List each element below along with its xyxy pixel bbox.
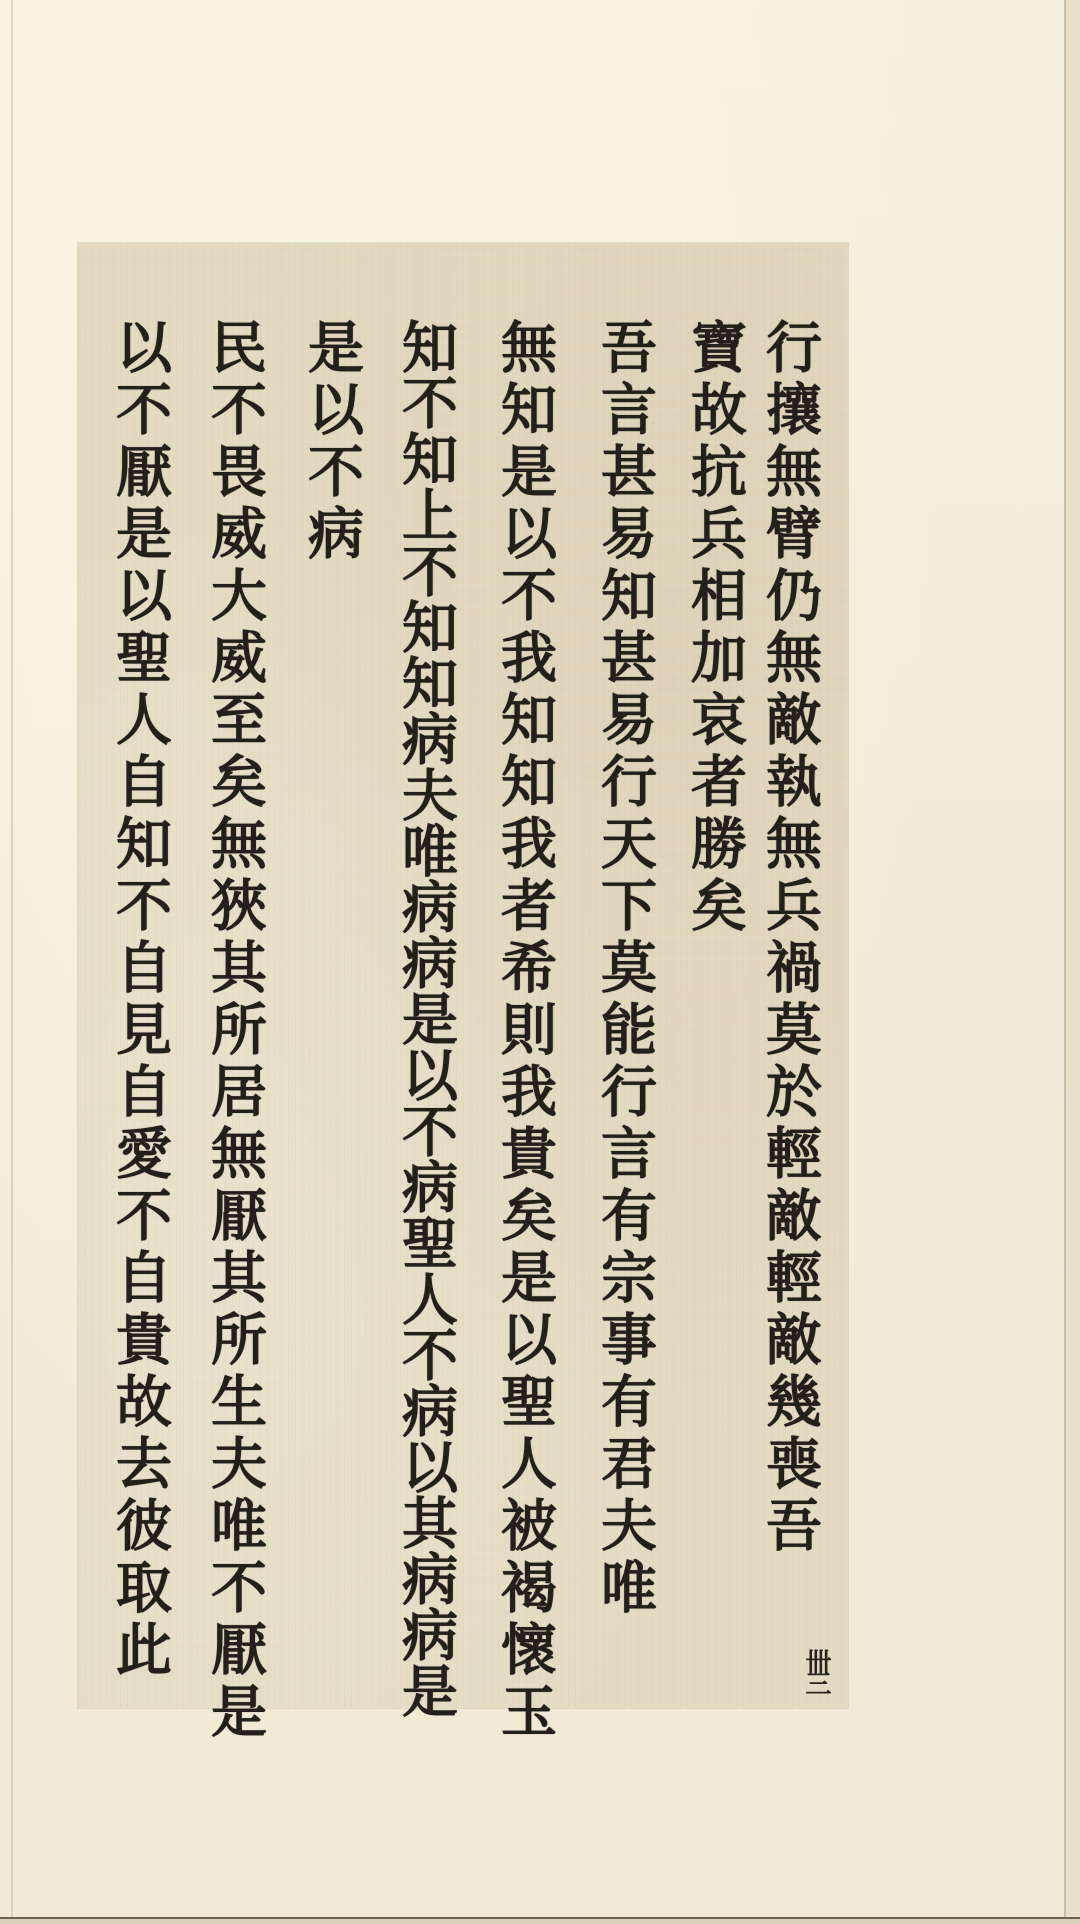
page-bottom-edge: [0, 1917, 1080, 1924]
right-binding-line: [1064, 0, 1066, 1920]
album-page: 行攘無臂仍無敵執無兵禍莫於輕敵輕敵幾喪吾 寶故抗兵相加哀者勝矣 吾言甚易知甚易行…: [0, 0, 1080, 1924]
text-column-2: 寶故抗兵相加哀者勝矣: [677, 318, 753, 938]
text-column-8: 以不厭是以聖人自知不自見自愛不自貴故去彼取此: [102, 318, 178, 1682]
text-column-3: 吾言甚易知甚易行天下莫能行言有宗事有君夫唯: [587, 318, 663, 1620]
text-column-6: 是以不病: [294, 318, 370, 566]
text-column-5: 知不知上不知知病夫唯病病是以不病聖人不病以其病病是: [388, 318, 464, 1718]
text-column-4: 無知是以不我知知我者希則我貴矣是以聖人被褐懷玉: [487, 318, 563, 1744]
page-number: 卌三: [796, 1648, 836, 1692]
left-binding-line: [11, 0, 13, 1924]
text-column-7: 民不畏威大威至矣無狹其所居無厭其所生夫唯不厭是: [197, 318, 273, 1744]
text-column-1: 行攘無臂仍無敵執無兵禍莫於輕敵輕敵幾喪吾: [752, 318, 828, 1558]
right-edge-strip: [1066, 0, 1080, 1924]
